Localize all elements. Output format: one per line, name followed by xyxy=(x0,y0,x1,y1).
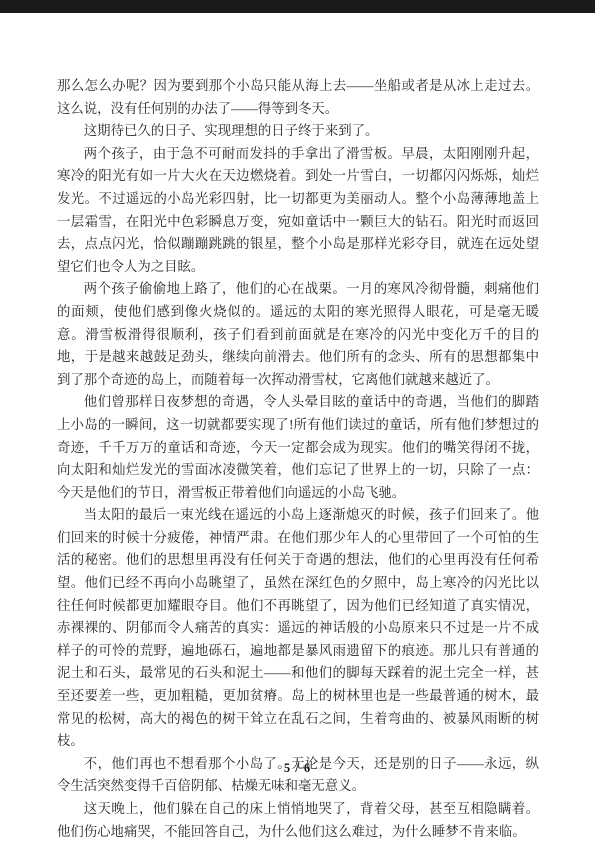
page-number: 5 / 6 xyxy=(0,761,595,776)
paragraph-5: 他们曾那样日夜梦想的奇遇，令人头晕目眩的童话中的奇遇，当他们的脚踏上小岛的一瞬间… xyxy=(57,391,539,504)
paragraph-4: 两个孩子偷偷地上路了，他们的心在战栗。一月的寒风冷彻骨髓，刺痛他们的面颊，使他们… xyxy=(57,278,539,391)
paragraph-6: 当太阳的最后一束光线在遥远的小岛上逐渐熄灭的时候，孩子们回来了。他们回来的时候十… xyxy=(57,504,539,753)
page-top-edge xyxy=(0,0,595,13)
paragraph-3: 两个孩子，由于急不可耐而发抖的手拿出了滑雪板。早晨，太阳刚刚升起，寒冷的阳光有如… xyxy=(57,143,539,279)
paragraph-8: 这天晚上，他们躲在自己的床上悄悄地哭了，背着父母，甚至互相隐瞒着。他们伤心地痛哭… xyxy=(57,798,539,841)
paragraph-2: 这期待已久的日子、实现理想的日子终于来到了。 xyxy=(57,120,539,143)
document-text-block: 那么怎么办呢？因为要到那个小岛只能从海上去——坐船或者是从冰上走过去。这么说，没… xyxy=(57,75,539,841)
paragraph-1: 那么怎么办呢？因为要到那个小岛只能从海上去——坐船或者是从冰上走过去。这么说，没… xyxy=(57,75,539,120)
